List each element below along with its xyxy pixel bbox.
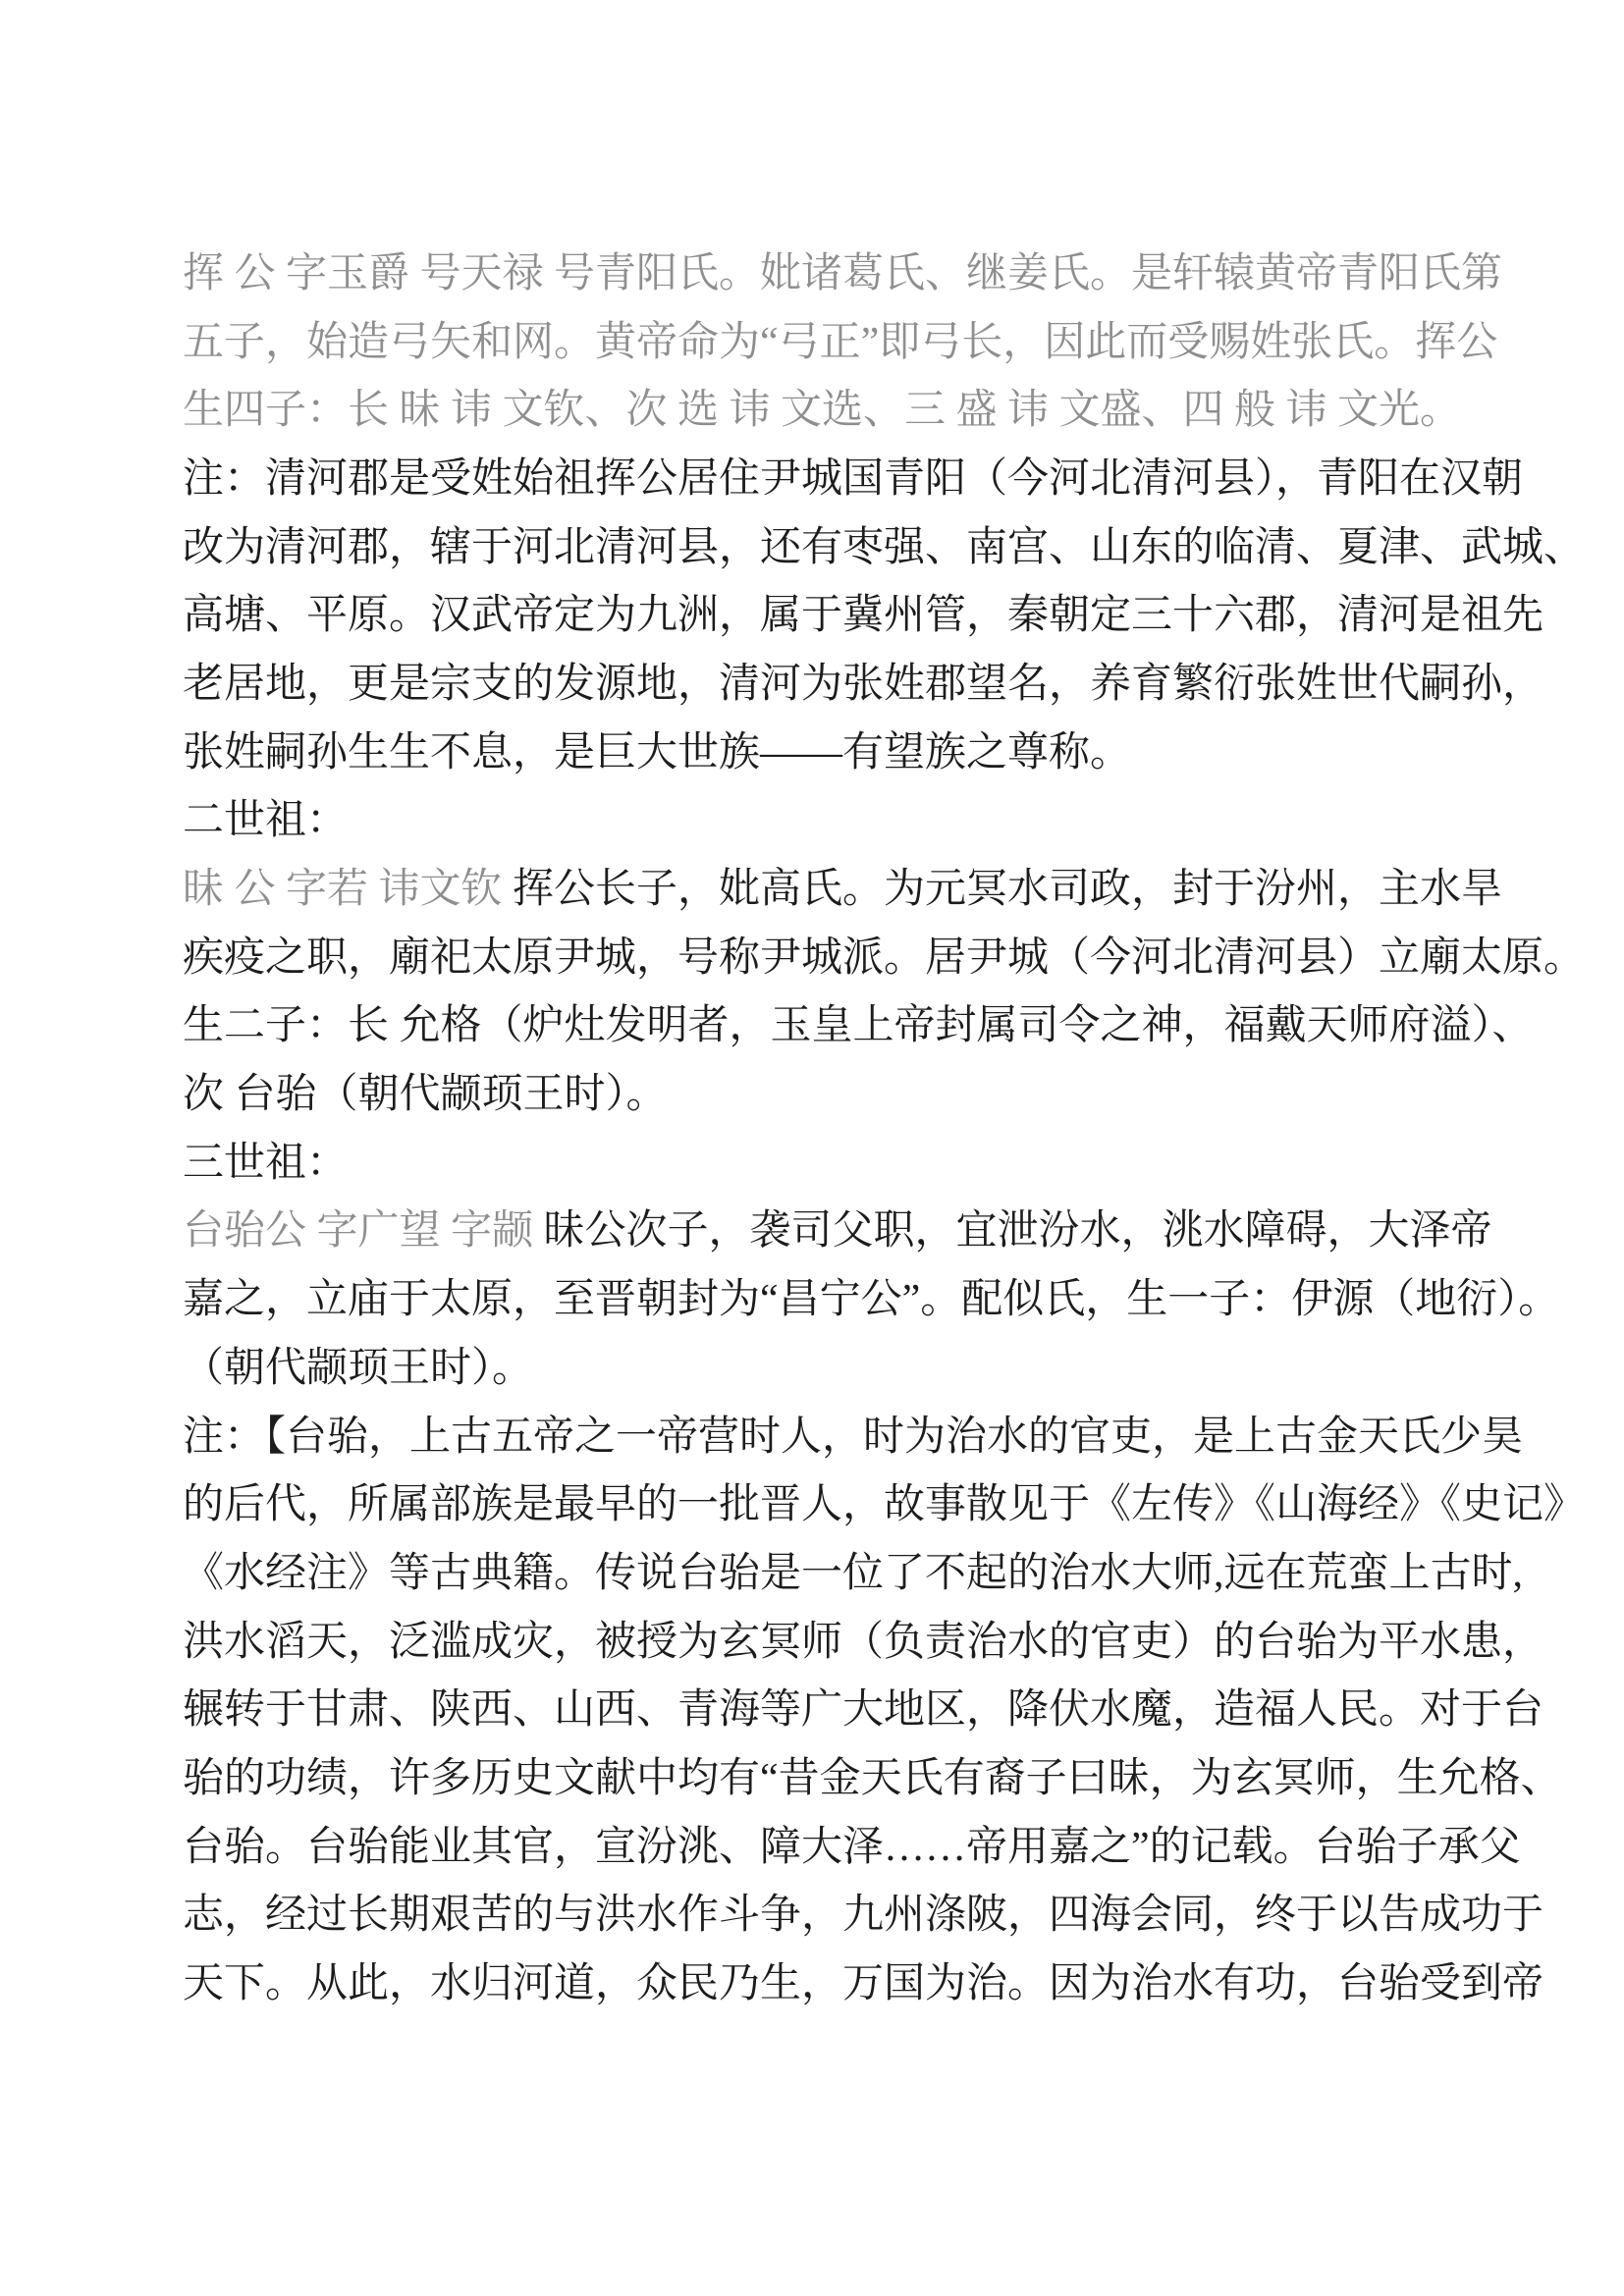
text-line: 改为清河郡，辖于河北清河县，还有枣强、南宫、山东的临清、夏津、武城、 [183,509,1455,578]
text-line: 生四子：长 昧 讳 文钦、次 选 讳 文选、三 盛 讳 文盛、四 般 讳 文光。 [183,372,1455,441]
text-run: 生四子：长 昧 讳 文钦、次 选 讳 文选、三 盛 讳 文盛、四 般 讳 文光。 [183,377,1461,436]
text-line: （朝代颛顼王时）。 [183,1330,1455,1399]
text-line: 生二子：长 允格（炉灶发明者，玉皇上帝封属司令之神，福戴天师府溢）、 [183,988,1455,1057]
text-line: 老居地，更是宗支的发源地，清河为张姓郡望名，养育繁衍张姓世代嗣孙， [183,646,1455,715]
text-line-hui-gong-lead: 挥 公 字玉爵 号天禄 号青阳氏。妣诸葛氏、继姜氏。是轩辕黄帝青阳氏第 [183,236,1455,304]
text-run: 洪水滔天，泛滥成灾，被授为玄冥师（负责治水的官吏）的台骀为平水患， [183,1609,1543,1668]
text-line-mei-gong-lead: 昧 公 字若 讳文钦 挥公长子，妣高氏。为元冥水司政，封于汾州，主水旱 [183,851,1455,920]
text-line: 洪水滔天，泛滥成灾，被授为玄冥师（负责治水的官吏）的台骀为平水患， [183,1604,1455,1673]
text-run: 张姓嗣孙生生不息，是巨大世族——有望族之尊称。 [183,720,1131,778]
heading-second-generation: 二世祖： [183,783,1455,852]
text-run: 改为清河郡，辖于河北清河县，还有枣强、南宫、山东的临清、夏津、武城、 [183,514,1585,573]
text-run: 五子，始造弓矢和网。黄帝命为“弓正”即弓长，因此而受赐姓张氏。挥公 [183,309,1497,368]
text-line: 辗转于甘肃、陕西、山西、青海等广大地区，降伏水魔，造福人民。对于台 [183,1672,1455,1740]
text-run: 疾疫之职，廟祀太原尹城，号称尹城派。居尹城（今河北清河县）立廟太原。 [183,925,1585,984]
text-run: 《水经注》等古典籍。传说台骀是一位了不起的治水大师,远在荒蛮上古时, [183,1540,1523,1599]
text-run: 三世祖： [183,1130,348,1189]
text-run: （朝代颛顼王时）。 [183,1335,533,1394]
text-run: 次 台骀（朝代颛顼王时）。 [183,1061,668,1120]
text-run: 台骀。台骀能业其官，宣汾洮、障大泽……帝用嘉之”的记载。台骀子承父 [183,1814,1521,1873]
text-line-note-taitai: 注：【台骀，上古五帝之一帝营时人，时为治水的官吏，是上古金天氏少昊 [183,1399,1455,1468]
text-run: 志，经过长期艰苦的与洪水作斗争，九州涤陂，四海会同，终于以告成功于 [183,1882,1543,1941]
text-line: 《水经注》等古典籍。传说台骀是一位了不起的治水大师,远在荒蛮上古时, [183,1535,1455,1604]
text-line: 次 台骀（朝代颛顼王时）。 [183,1056,1455,1125]
text-line: 志，经过长期艰苦的与洪水作斗争，九州涤陂，四海会同，终于以告成功于 [183,1878,1455,1947]
text-run: 生二子：长 允格（炉灶发明者，玉皇上帝封属司令之神，福戴天师府溢）、 [183,992,1534,1051]
text-line: 张姓嗣孙生生不息，是巨大世族——有望族之尊称。 [183,715,1455,783]
text-line: 高塘、平原。汉武帝定为九洲，属于冀州管，秦朝定三十六郡，清河是祖先 [183,577,1455,646]
text-line: 五子，始造弓矢和网。黄帝命为“弓正”即弓长，因此而受赐姓张氏。挥公 [183,304,1455,373]
text-run: 昧公次子，袭司父职，宜泄汾水，洮水障碍，大泽帝 [544,1198,1492,1256]
text-run: 挥公长子，妣高氏。为元冥水司政，封于汾州，主水旱 [513,856,1502,915]
text-run: 老居地，更是宗支的发源地，清河为张姓郡望名，养育繁衍张姓世代嗣孙， [183,651,1543,710]
text-line: 的后代，所属部族是最早的一批晋人，故事散见于《左传》《山海经》《史记》 [183,1467,1455,1535]
text-run: 高塘、平原。汉武帝定为九洲，属于冀州管，秦朝定三十六郡，清河是祖先 [183,582,1543,641]
text-run: 台骀公 字广望 字颛 [183,1198,544,1256]
text-run: 辗转于甘肃、陕西、山西、青海等广大地区，降伏水魔，造福人民。对于台 [183,1677,1543,1735]
text-line: 疾疫之职，廟祀太原尹城，号称尹城派。居尹城（今河北清河县）立廟太原。 [183,920,1455,988]
text-run: 天下。从此，水归河道，众民乃生，万国为治。因为治水有功，台骀受到帝 [183,1950,1543,2009]
text-run: 二世祖： [183,787,348,846]
text-line-taitai-gong-lead: 台骀公 字广望 字颛 昧公次子，袭司父职，宜泄汾水，洮水障碍，大泽帝 [183,1194,1455,1262]
text-run: 挥 公 字玉爵 号天禄 号青阳氏。妣诸葛氏、继姜氏。是轩辕黄帝青阳氏第 [183,240,1502,299]
genealogy-text-block: 挥 公 字玉爵 号天禄 号青阳氏。妣诸葛氏、继姜氏。是轩辕黄帝青阳氏第 五子，始… [183,236,1455,2014]
heading-third-generation: 三世祖： [183,1125,1455,1194]
text-line: 台骀。台骀能业其官，宣汾洮、障大泽……帝用嘉之”的记载。台骀子承父 [183,1809,1455,1878]
text-run: 的后代，所属部族是最早的一批晋人，故事散见于《左传》《山海经》《史记》 [183,1471,1585,1530]
text-run: 注：清河郡是受姓始祖挥公居住尹城国青阳（今河北清河县），青阳在汉朝 [183,446,1523,505]
text-line: 骀的功绩，许多历史文献中均有“昔金天氏有裔子曰昧，为玄冥师，生允格、 [183,1740,1455,1809]
text-line: 天下。从此，水归河道，众民乃生，万国为治。因为治水有功，台骀受到帝 [183,1946,1455,2014]
text-run: 注：【台骀，上古五帝之一帝营时人，时为治水的官吏，是上古金天氏少昊 [183,1404,1523,1463]
text-run: 昧 公 字若 讳文钦 [183,856,513,915]
text-line: 嘉之，立庙于太原，至晋朝封为“昌宁公”。配似氏，生一子：伊源（地衍）。 [183,1261,1455,1330]
text-line-note-qinghe: 注：清河郡是受姓始祖挥公居住尹城国青阳（今河北清河县），青阳在汉朝 [183,441,1455,509]
text-run: 骀的功绩，许多历史文献中均有“昔金天氏有裔子曰昧，为玄冥师，生允格、 [183,1745,1562,1804]
document-page: 挥 公 字玉爵 号天禄 号青阳氏。妣诸葛氏、继姜氏。是轩辕黄帝青阳氏第 五子，始… [0,0,1624,2296]
text-run: 嘉之，立庙于太原，至晋朝封为“昌宁公”。配似氏，生一子：伊源（地衍）。 [183,1266,1559,1325]
